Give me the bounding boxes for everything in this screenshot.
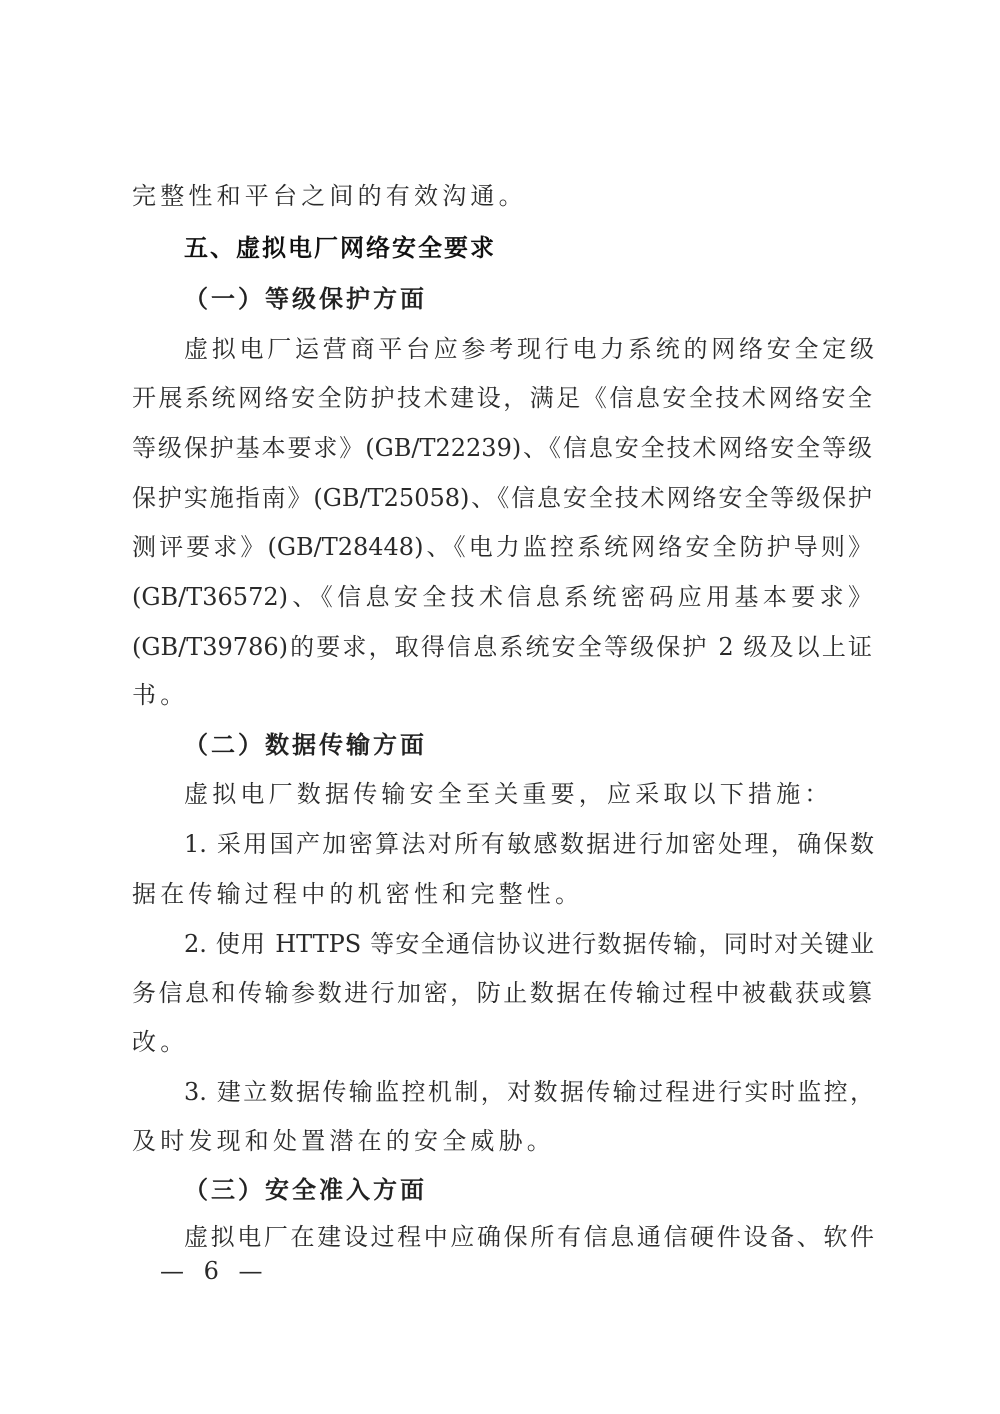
paragraph-line: 据在传输过程中的机密性和完整性。 [132,879,872,909]
paragraph-line: 虚拟电厂运营商平台应参考现行电力系统的网络安全定级 [184,334,874,364]
paragraph-line: (GB/T39786)的要求，取得信息系统安全等级保护 2 级及以上证 [132,632,872,662]
section-heading: 五、虚拟电厂网络安全要求 [184,233,874,263]
paragraph-line: 2. 使用 HTTPS 等安全通信协议进行数据传输，同时对关键业 [184,929,874,959]
paragraph-line: 测评要求》(GB/T28448)、《电力监控系统网络安全防护导则》 [132,532,872,562]
paragraph-line: 等级保护基本要求》(GB/T22239)、《信息安全技术网络安全等级 [132,433,872,463]
paragraph-line: 及时发现和处置潜在的安全威胁。 [132,1126,872,1156]
paragraph-line: 书。 [132,680,872,710]
paragraph-line: 开展系统网络安全防护技术建设，满足《信息安全技术网络安全 [132,383,872,413]
paragraph-line: (GB/T36572)、《信息安全技术信息系统密码应用基本要求》 [132,582,872,612]
paragraph-line: 完整性和平台之间的有效沟通。 [132,181,872,211]
subsection-heading: （三）安全准入方面 [184,1175,874,1205]
paragraph-line: 虚拟电厂在建设过程中应确保所有信息通信硬件设备、软件 [184,1222,874,1252]
page-number: — 6 — [160,1256,269,1286]
paragraph-line: 3. 建立数据传输监控机制，对数据传输过程进行实时监控， [184,1077,874,1107]
paragraph-line: 改。 [132,1027,872,1057]
paragraph-line: 虚拟电厂数据传输安全至关重要，应采取以下措施： [184,779,874,809]
subsection-heading: （一）等级保护方面 [184,284,874,314]
subsection-heading: （二）数据传输方面 [184,730,874,760]
paragraph-line: 务信息和传输参数进行加密，防止数据在传输过程中被截获或篡 [132,978,872,1008]
paragraph-line: 1. 采用国产加密算法对所有敏感数据进行加密处理，确保数 [184,829,874,859]
paragraph-line: 保护实施指南》(GB/T25058)、《信息安全技术网络安全等级保护 [132,483,872,513]
